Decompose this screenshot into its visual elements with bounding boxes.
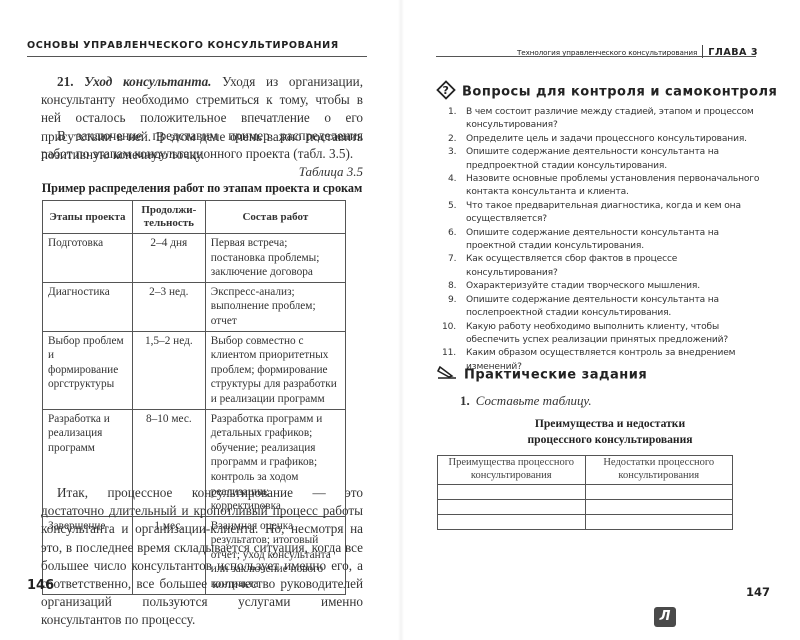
empty-cell [438, 515, 586, 530]
work-cell: Первая встреча; постановка проблемы; зак… [205, 234, 345, 283]
empty-table-row [438, 515, 733, 530]
question-item: 6.Опишите содержание деятельности консул… [436, 227, 761, 254]
question-number: 9. [448, 294, 462, 307]
header-advantages: Преимущества процессного консультировани… [438, 456, 586, 485]
question-item: 1.В чем состоит различие между стадией, … [436, 106, 761, 133]
table-number: Таблица 3.5 [299, 164, 363, 180]
question-number: 11. [442, 347, 456, 360]
question-text: Назовите основные проблемы установления … [466, 174, 759, 197]
paragraph-text: В заключение представим пример распредел… [41, 128, 363, 161]
question-text: Опишите содержание деятельности консульт… [466, 295, 719, 318]
table-row: Диагностика2–3 нед.Экспресс-анализ; выпо… [43, 282, 346, 331]
question-item: 3.Опишите содержание деятельности консул… [436, 146, 761, 173]
question-number: 3. [448, 146, 462, 159]
question-text: В чем состоит различие между стадией, эт… [466, 107, 754, 130]
section-title-text: Вопросы для контроля и самоконтроля [462, 85, 777, 100]
empty-table-row [438, 485, 733, 500]
stage-cell: Выбор проблем и формирование оргструктур… [43, 331, 133, 409]
caption-line: процессного консультирования [460, 432, 760, 448]
question-text: Какую работу необходимо выполнить клиент… [466, 322, 728, 345]
page-number-left: 146 [27, 578, 54, 593]
work-cell: Выбор совместно с клиентом приоритетных … [205, 331, 345, 409]
duration-cell: 1,5–2 нед. [132, 331, 205, 409]
question-text: Определите цель и задачи процессного кон… [466, 134, 747, 144]
question-number: 2. [448, 133, 462, 146]
header-duration: Продолжи-тельность [132, 201, 205, 234]
question-item: 10.Какую работу необходимо выполнить кли… [436, 321, 761, 348]
question-number: 4. [448, 173, 462, 186]
practice-section-title: Практические задания [436, 365, 647, 385]
paragraph-conclusion: В заключение представим пример распредел… [41, 127, 363, 163]
question-text: Как осуществляется сбор фактов в процесс… [466, 254, 677, 277]
caption-line: Преимущества и недостатки [460, 416, 760, 432]
duration-cell: 2–4 дня [132, 234, 205, 283]
svg-text:?: ? [443, 84, 450, 97]
question-item: 5.Что такое предварительная диагностика,… [436, 200, 761, 227]
question-text: Охарактеризуйте стадии творческого мышле… [466, 281, 700, 291]
question-text: Опишите содержание деятельности консульт… [466, 147, 719, 170]
question-number: 10. [442, 321, 456, 334]
question-item: 2.Определите цель и задачи процессного к… [436, 133, 761, 146]
question-item: 8.Охарактеризуйте стадии творческого мыш… [436, 280, 761, 293]
question-text: Что такое предварительная диагностика, к… [466, 201, 741, 224]
empty-cell [585, 500, 733, 515]
table-header-row: Этапы проекта Продолжи-тельность Состав … [43, 201, 346, 234]
questions-list: 1.В чем состоит различие между стадией, … [436, 106, 761, 374]
header-work: Состав работ [205, 201, 345, 234]
advantages-table: Преимущества процессного консультировани… [437, 455, 733, 530]
work-cell: Экспресс-анализ; выполнение проблем; отч… [205, 282, 345, 331]
table-row: Выбор проблем и формирование оргструктур… [43, 331, 346, 409]
duration-cell: 2–3 нед. [132, 282, 205, 331]
question-text: Опишите содержание деятельности консульт… [466, 228, 719, 251]
section-title-text: Практические задания [464, 368, 647, 383]
question-number: 1. [448, 106, 462, 119]
header-disadvantages: Недостатки процессного консультирования [585, 456, 733, 485]
left-page: ОСНОВЫ УПРАВЛЕНЧЕСКОГО КОНСУЛЬТИРОВАНИЯ … [0, 0, 400, 640]
table-title: Пример распределения работ по этапам про… [41, 181, 363, 196]
question-diamond-icon: ? [436, 80, 456, 104]
paragraph-text: Итак, процессное консультирование — это … [41, 485, 363, 627]
questions-section-title: ? Вопросы для контроля и самоконтроля [436, 80, 777, 104]
header-rule-right [436, 56, 756, 57]
right-page: Технология управленческого консультирова… [400, 0, 800, 640]
header-stage: Этапы проекта [43, 201, 133, 234]
stage-cell: Подготовка [43, 234, 133, 283]
empty-table-row [438, 500, 733, 515]
question-item: 4.Назовите основные проблемы установлени… [436, 173, 761, 200]
table-header-row: Преимущества процессного консультировани… [438, 456, 733, 485]
publisher-logo-badge: Л [654, 607, 676, 627]
empty-cell [438, 485, 586, 500]
paragraph-number: 21. [57, 74, 73, 89]
pencil-icon [436, 365, 458, 385]
question-number: 8. [448, 280, 462, 293]
empty-cell [438, 500, 586, 515]
question-item: 9.Опишите содержание деятельности консул… [436, 294, 761, 321]
task-text: Составьте таблицу. [476, 393, 592, 408]
question-number: 7. [448, 253, 462, 266]
header-rule-left [27, 56, 367, 57]
table-row: Подготовка2–4 дняПервая встреча; постано… [43, 234, 346, 283]
empty-cell [585, 515, 733, 530]
question-item: 7.Как осуществляется сбор фактов в проце… [436, 253, 761, 280]
empty-cell [585, 485, 733, 500]
question-number: 6. [448, 227, 462, 240]
running-header-left: ОСНОВЫ УПРАВЛЕНЧЕСКОГО КОНСУЛЬТИРОВАНИЯ [27, 40, 239, 51]
advantages-table-caption: Преимущества и недостатки процессного ко… [460, 416, 760, 448]
stage-cell: Диагностика [43, 282, 133, 331]
paragraph-summary: Итак, процессное консультирование — это … [41, 484, 363, 630]
paragraph-title: Уход консультанта. [84, 74, 211, 89]
practice-task: 1.Составьте таблицу. [460, 393, 592, 409]
question-number: 5. [448, 200, 462, 213]
task-number: 1. [460, 393, 470, 408]
page-number-right: 147 [746, 585, 770, 599]
